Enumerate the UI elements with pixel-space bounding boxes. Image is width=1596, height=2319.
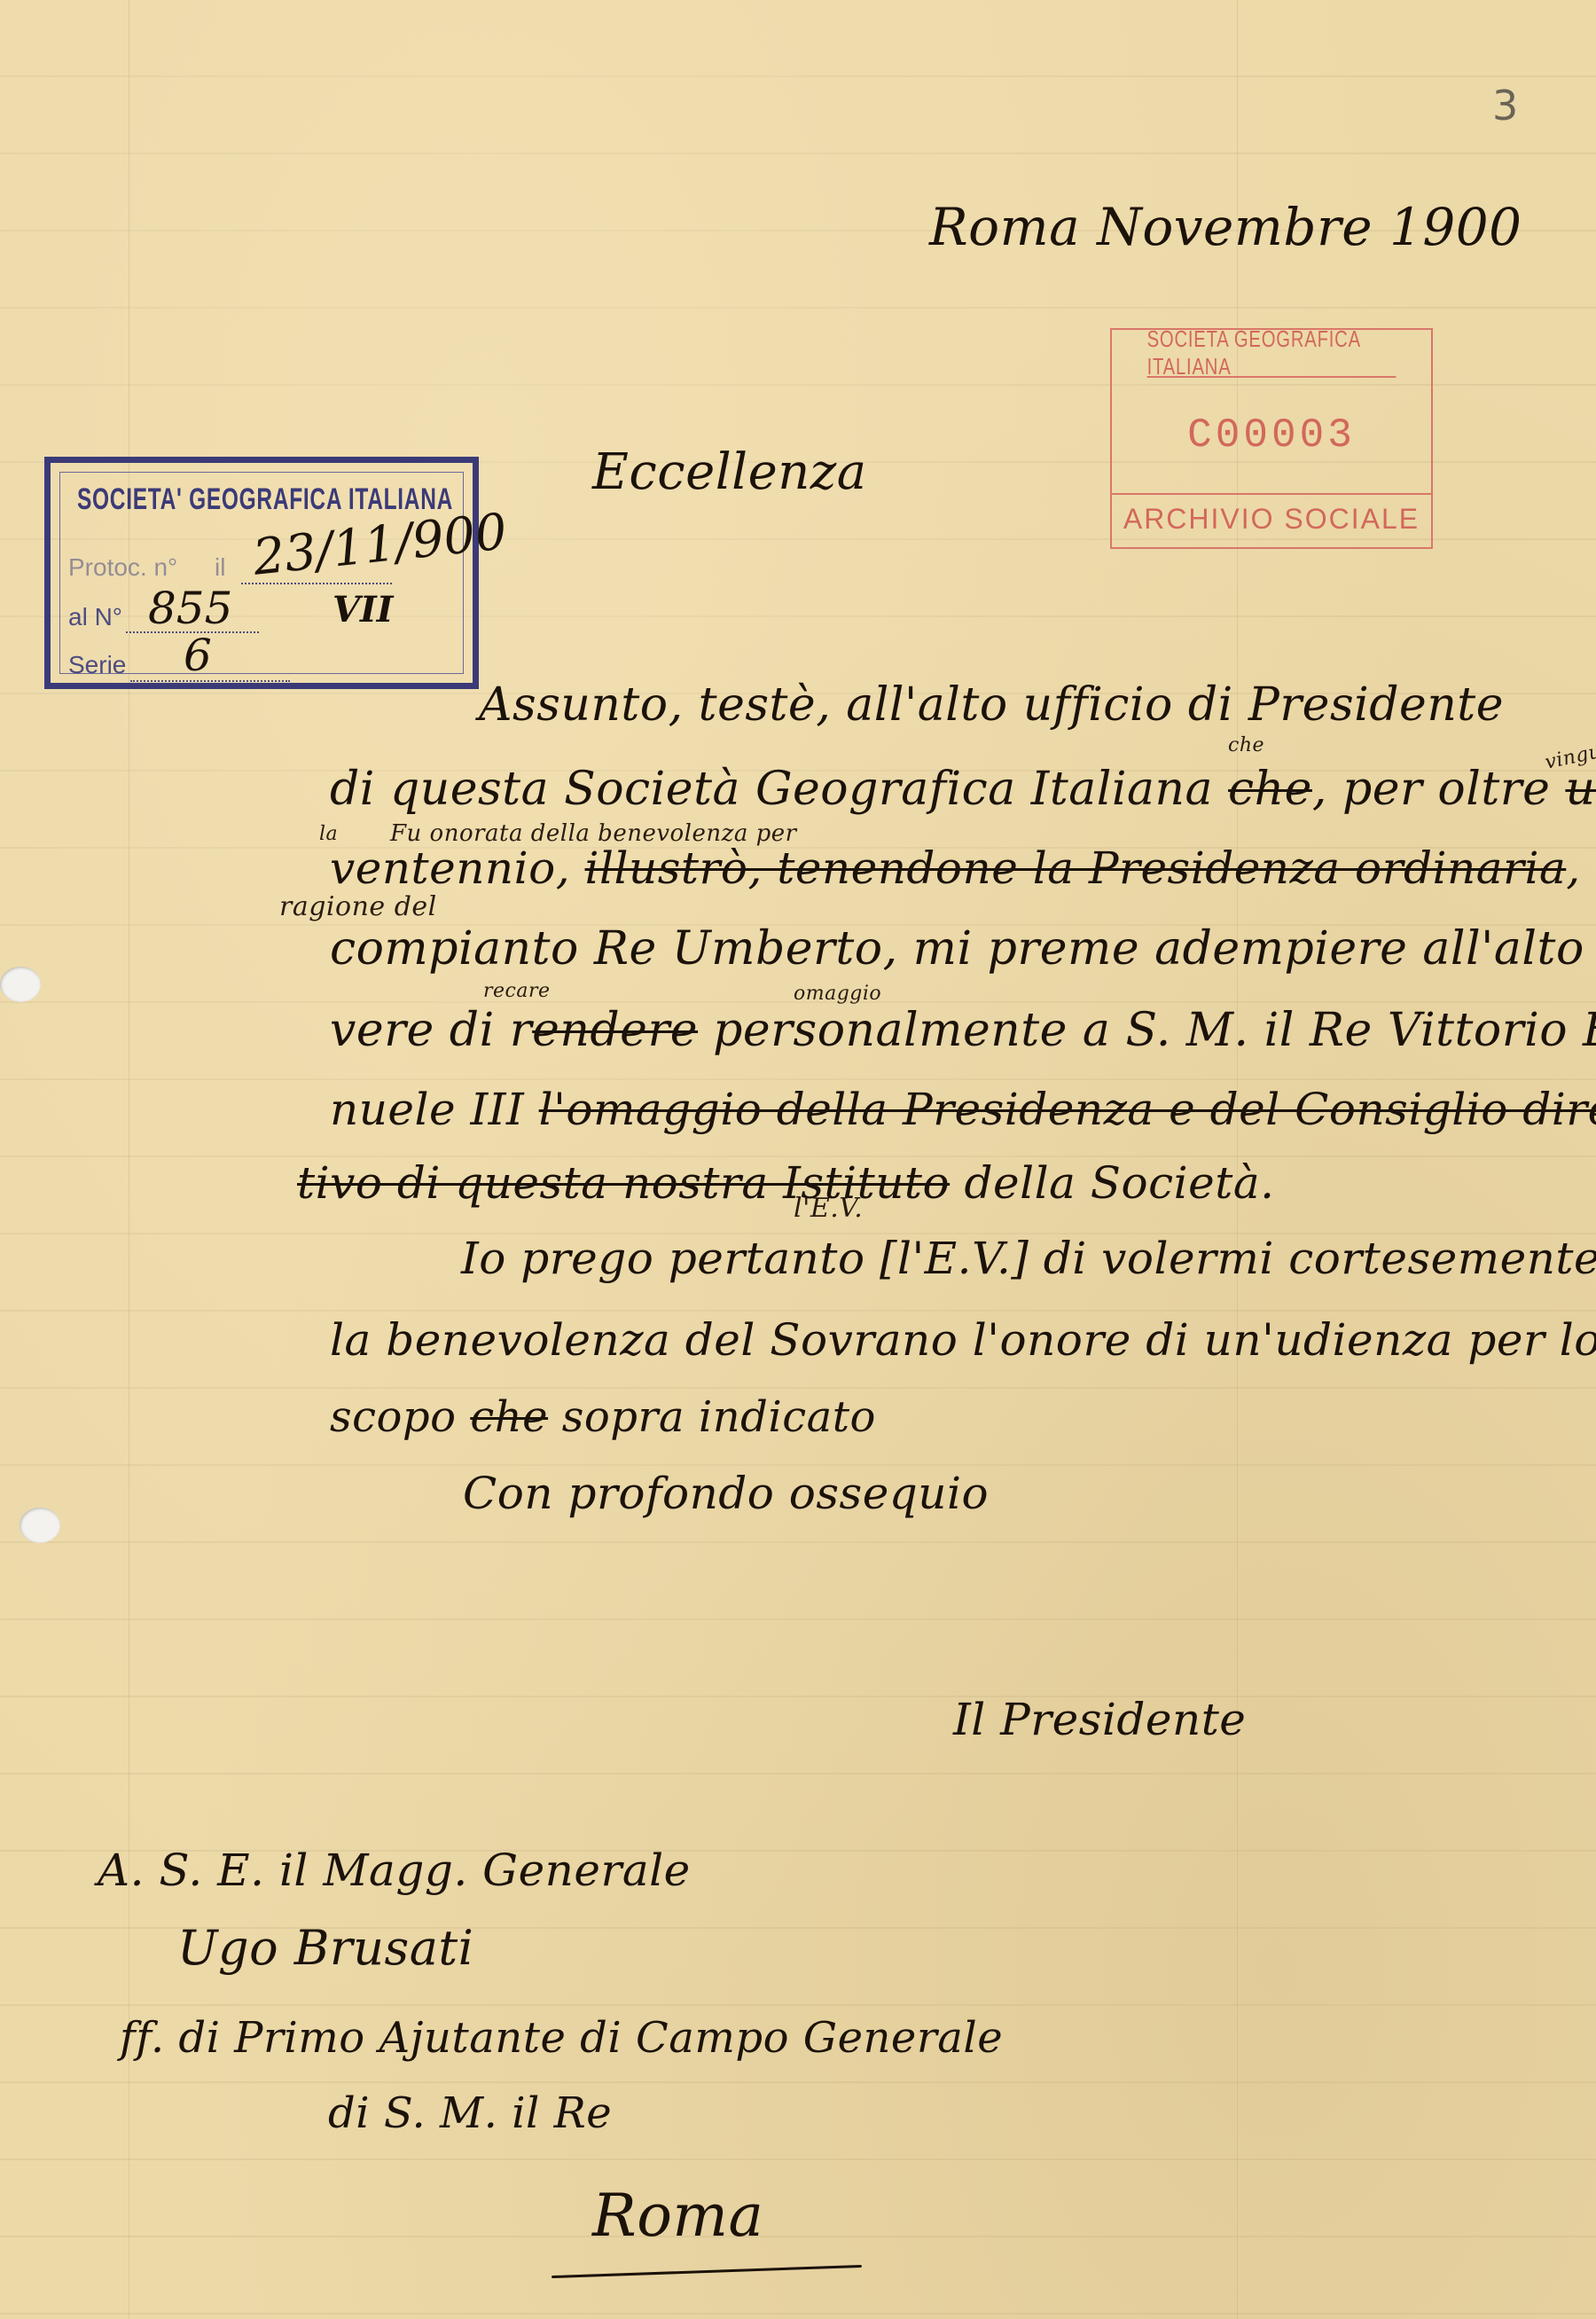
body-line-6: nuele III l'omaggio della Presidenza e d… — [330, 1084, 1596, 1135]
body-line-3: ventennio, illustrò, tenendone la Presid… — [330, 842, 1596, 894]
body-text: Io prego pertanto [l'E.V.] di volermi co… — [461, 1233, 1596, 1284]
margin-line — [129, 0, 129, 2319]
body-text: compianto Re Umberto, mi preme adempiere… — [330, 922, 1596, 975]
body-text: ventennio, — [330, 842, 570, 894]
signature-title: Il Presidente — [953, 1694, 1246, 1745]
page-number: 3 — [1492, 82, 1518, 129]
body-text: della Società. — [950, 1157, 1274, 1209]
body-text: di questa Società Geografica Italiana — [330, 763, 1213, 816]
interlinear-note: l'E.V. — [794, 1193, 863, 1224]
body-text: , il — [1566, 842, 1596, 894]
addressee-line-3: ff. di Primo Ajutante di Campo Generale — [120, 2013, 1003, 2063]
body-text: la benevolenza del Sovrano l'onore di un… — [330, 1314, 1596, 1366]
body-text: Con profondo ossequio — [463, 1468, 989, 1519]
struck-text: illustrò, tenendone la Presidenza ordina… — [585, 842, 1567, 894]
struck-text: che — [470, 1392, 548, 1442]
struck-text: che — [1228, 763, 1312, 816]
archive-stamp-number: C00003 — [1112, 378, 1431, 495]
addressee-city: Roma — [592, 2182, 763, 2250]
date-label: il — [215, 553, 225, 582]
addressee-line-4: di S. M. il Re — [328, 2088, 612, 2138]
struck-text: endere — [532, 1004, 698, 1057]
struck-text: un — [1565, 763, 1596, 816]
interlinear-note: omaggio — [794, 983, 881, 1005]
archive-stamp: SOCIETA GEOGRAFICA ITALIANA C00003 ARCHI… — [1110, 328, 1433, 549]
salutation: Eccellenza — [592, 443, 867, 501]
body-line-8: Io prego pertanto [l'E.V.] di volermi co… — [461, 1233, 1596, 1284]
body-text: , per oltre — [1312, 763, 1550, 816]
body-line-9: la benevolenza del Sovrano l'onore di un… — [330, 1314, 1596, 1366]
interlinear-note: che — [1228, 734, 1264, 756]
margin-note: ragione del — [279, 891, 437, 922]
punch-hole — [20, 1508, 60, 1543]
interlinear-note: recare — [483, 980, 551, 1002]
addressee-line-1: A. S. E. il Magg. Generale — [98, 1845, 691, 1896]
archive-stamp-organization: SOCIETA GEOGRAFICA ITALIANA — [1147, 330, 1396, 378]
protocol-number-value: 855 — [148, 583, 232, 634]
body-line-2: di questa Società Geografica Italiana ch… — [330, 763, 1596, 816]
series-label: Serie — [68, 651, 126, 679]
body-text: nuele III — [330, 1084, 524, 1135]
addressee-name: Ugo Brusati — [177, 1920, 473, 1976]
closing-line: Con profondo ossequio — [463, 1468, 989, 1519]
body-text: sopra indicato — [548, 1392, 876, 1442]
protocol-stamp-organization: SOCIETA' GEOGRAFICA ITALIANA — [77, 482, 453, 517]
number-label: al N° — [68, 603, 122, 631]
body-text: Assunto, testè, all'alto ufficio di Pres… — [479, 678, 1504, 732]
protocol-label: Protoc. n° — [68, 553, 177, 582]
body-line-1: Assunto, testè, all'alto ufficio di Pres… — [479, 678, 1504, 732]
struck-text: l'omaggio della Presidenza e del Consigl… — [539, 1084, 1596, 1135]
body-text: personalmente a S. M. il Re Vittorio Ema… — [698, 1004, 1596, 1057]
body-text: scopo — [330, 1392, 457, 1442]
body-line-7: tivo di questa nostra Istituto della Soc… — [297, 1157, 1275, 1209]
body-text: vere di r — [330, 1004, 532, 1057]
punch-hole — [0, 967, 41, 1002]
protocol-series-value: 6 — [184, 630, 212, 681]
protocol-stamp: SOCIETA' GEOGRAFICA ITALIANA Protoc. n° … — [44, 457, 479, 689]
protocol-class-value: VII — [332, 589, 393, 631]
body-line-10: scopo che sopra indicato — [330, 1392, 876, 1442]
body-line-5: vere di rendere personalmente a S. M. il… — [330, 1004, 1596, 1057]
place-date: Roma Novembre 1900 — [929, 197, 1522, 257]
archive-stamp-department: ARCHIVIO SOCIALE — [1112, 495, 1431, 544]
body-line-4: compianto Re Umberto, mi preme adempiere… — [330, 922, 1596, 975]
